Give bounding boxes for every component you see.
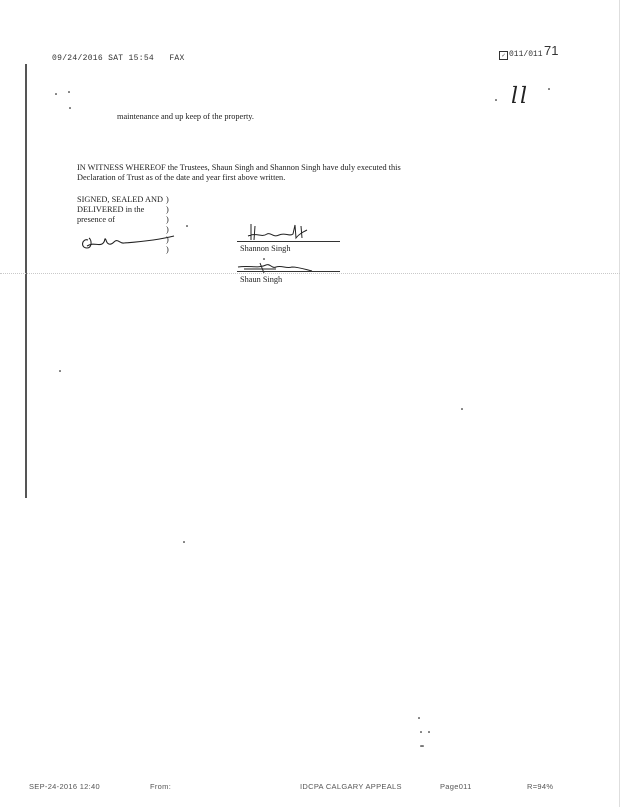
footer-page: Page011 (440, 782, 472, 791)
witness-paragraph: IN WITNESS WHEREOF the Trustees, Shaun S… (77, 163, 407, 183)
scan-speck (55, 93, 57, 95)
continuation-line: maintenance and up keep of the property. (117, 112, 254, 122)
page-counter-text: 011/011 (509, 50, 543, 59)
footer-resolution: R=94% (527, 782, 553, 791)
fax-label: FAX (169, 54, 184, 63)
scan-right-border (619, 0, 620, 807)
scan-left-border (25, 64, 27, 498)
fax-datetime: 09/24/2016 SAT 15:54 (52, 54, 154, 63)
scan-speck (428, 731, 430, 733)
signature-line-shaun (237, 271, 340, 272)
signed-line-3: presence of (77, 215, 177, 225)
shaun-signature (236, 261, 316, 275)
scan-speck (59, 370, 61, 372)
signatory-name: Shaun Singh (240, 275, 282, 285)
scan-speck (548, 88, 550, 90)
footer-recipient: IDCPA CALGARY APPEALS (300, 782, 402, 791)
signed-line-1: SIGNED, SEALED AND (77, 195, 177, 205)
footer-from: From: (150, 782, 171, 791)
scan-speck (183, 541, 185, 543)
scan-speck (495, 99, 497, 101)
fax-page-counter: ✓011/011 (499, 50, 543, 60)
signature-line-shannon (237, 241, 340, 242)
scan-speck (68, 91, 70, 93)
scan-speck (69, 107, 71, 109)
scan-speck (263, 258, 265, 260)
checkbox-icon: ✓ (499, 51, 508, 60)
signatory-name: Shannon Singh (240, 244, 290, 254)
witness-signature (78, 228, 178, 254)
scan-speck (418, 717, 420, 719)
scan-speck (186, 225, 188, 227)
handwritten-page-number: 71 (544, 43, 558, 58)
fax-header: 09/24/2016 SAT 15:54 FAX (52, 54, 185, 63)
scan-speck (420, 731, 422, 733)
scan-speck (461, 408, 463, 410)
scan-speck (420, 745, 424, 747)
signed-line-2: DELIVERED in the (77, 205, 177, 215)
bracket: ) (166, 205, 169, 215)
bracket: ) (166, 215, 169, 225)
signed-sealed-block: SIGNED, SEALED AND DELIVERED in the pres… (77, 195, 177, 225)
handwritten-mark: ll (511, 84, 529, 109)
footer-sent-time: SEP-24-2016 12:40 (29, 782, 100, 791)
bracket: ) (166, 195, 169, 205)
